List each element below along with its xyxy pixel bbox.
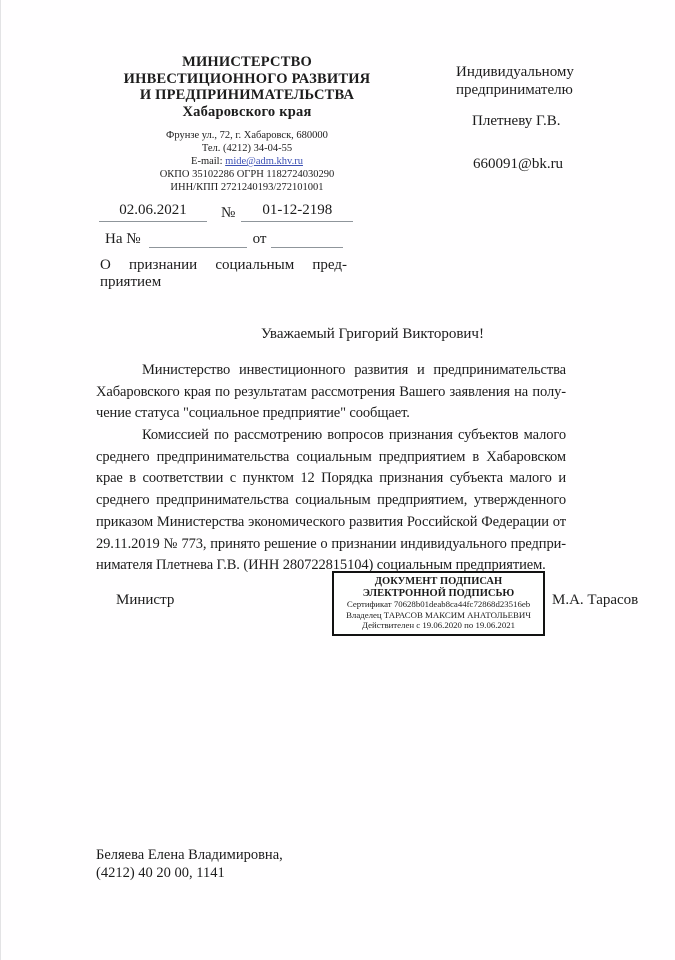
subject-block: О признании социальным пред- приятием [100,257,347,290]
email-label: E-mail: [191,156,225,167]
stamp-title: ЭЛЕКТРОННОЙ ПОДПИСЬЮ [334,588,543,600]
body-line: 29.11.2019 № 773, принято решение о приз… [96,536,566,558]
executor-phone: (4212) 40 20 00, 1141 [96,865,283,883]
reply-to-label: На № [105,231,141,247]
letter-body: Министерство инвестиционного развития и … [96,362,566,579]
reply-from-label: от [253,231,267,247]
minister-title: Министр [116,592,174,609]
body-line: крае в соответствии с пунктом 12 Порядка… [96,470,566,492]
reply-number-blank [149,228,247,248]
subject-line: приятием [100,274,347,291]
document-date: 02.06.2021 [99,202,207,222]
salutation: Уважаемый Григорий Викторович! [261,326,484,343]
number-sign: № [221,205,235,221]
recipient-type-line: Индивидуальному [456,64,646,82]
body-line: Комиссией по рассмотрению вопросов призн… [96,427,566,449]
body-line: чение статуса "социальное предприятие" с… [96,405,566,427]
reply-date-blank [271,228,343,248]
letterhead-email-row: E-mail: mide@adm.khv.ru [99,155,395,168]
body-line: среднего предпринимательства социальным … [96,492,566,514]
minister-name: М.А. Тарасов [552,592,638,609]
ministry-name-line: И ПРЕДПРИНИМАТЕЛЬСТВА [99,87,395,104]
reference-row-outgoing: 02.06.2021№01-12-2198 [99,202,353,222]
subject-line: О признании социальным пред- [100,257,347,274]
ministry-name-line: МИНИСТЕРСТВО [99,54,395,71]
letterhead-email-link[interactable]: mide@adm.khv.ru [225,156,303,167]
letterhead-contacts: Фрунзе ул., 72, г. Хабаровск, 680000 Тел… [99,129,395,194]
ministry-name-line: ИНВЕСТИЦИОННОГО РАЗВИТИЯ [99,71,395,88]
letterhead-phone: Тел. (4212) 34-04-55 [99,142,395,155]
body-line: среднего предпринимательства социальным … [96,449,566,471]
body-line: Министерство инвестиционного развития и … [96,362,566,384]
reference-row-reply: На №от [105,228,343,248]
body-line: Хабаровского края по результатам рассмот… [96,384,566,406]
executor-name: Беляева Елена Владимировна, [96,847,283,865]
stamp-validity: Действителен с 19.06.2020 по 19.06.2021 [334,620,543,631]
recipient-name: Плетневу Г.В. [456,113,646,131]
recipient-email: 660091@bk.ru [456,156,646,174]
letterhead-okpo-ogrn: ОКПО 35102286 ОГРН 1182724030290 [99,168,395,181]
stamp-title: ДОКУМЕНТ ПОДПИСАН [334,576,543,588]
stamp-owner: Владелец ТАРАСОВ МАКСИМ АНАТОЛЬЕВИЧ [334,610,543,621]
letterhead-address: Фрунзе ул., 72, г. Хабаровск, 680000 [99,129,395,142]
recipient-type-line: предпринимателю [456,82,646,100]
body-line: приказом Министерства экономического раз… [96,514,566,536]
letterhead: МИНИСТЕРСТВО ИНВЕСТИЦИОННОГО РАЗВИТИЯ И … [99,54,395,194]
stamp-certificate: Сертификат 70628b01deab8ca44fc72868d2351… [334,599,543,610]
signature-stamp: ДОКУМЕНТ ПОДПИСАН ЭЛЕКТРОННОЙ ПОДПИСЬЮ С… [332,571,545,636]
executor-block: Беляева Елена Владимировна, (4212) 40 20… [96,847,283,882]
letter-page: МИНИСТЕРСТВО ИНВЕСТИЦИОННОГО РАЗВИТИЯ И … [0,0,675,960]
ministry-name-line: Хабаровского края [99,104,395,121]
recipient-block: Индивидуальному предпринимателю Плетневу… [456,64,646,173]
letterhead-inn-kpp: ИНН/КПП 2721240193/272101001 [99,181,395,194]
document-number: 01-12-2198 [241,202,353,222]
